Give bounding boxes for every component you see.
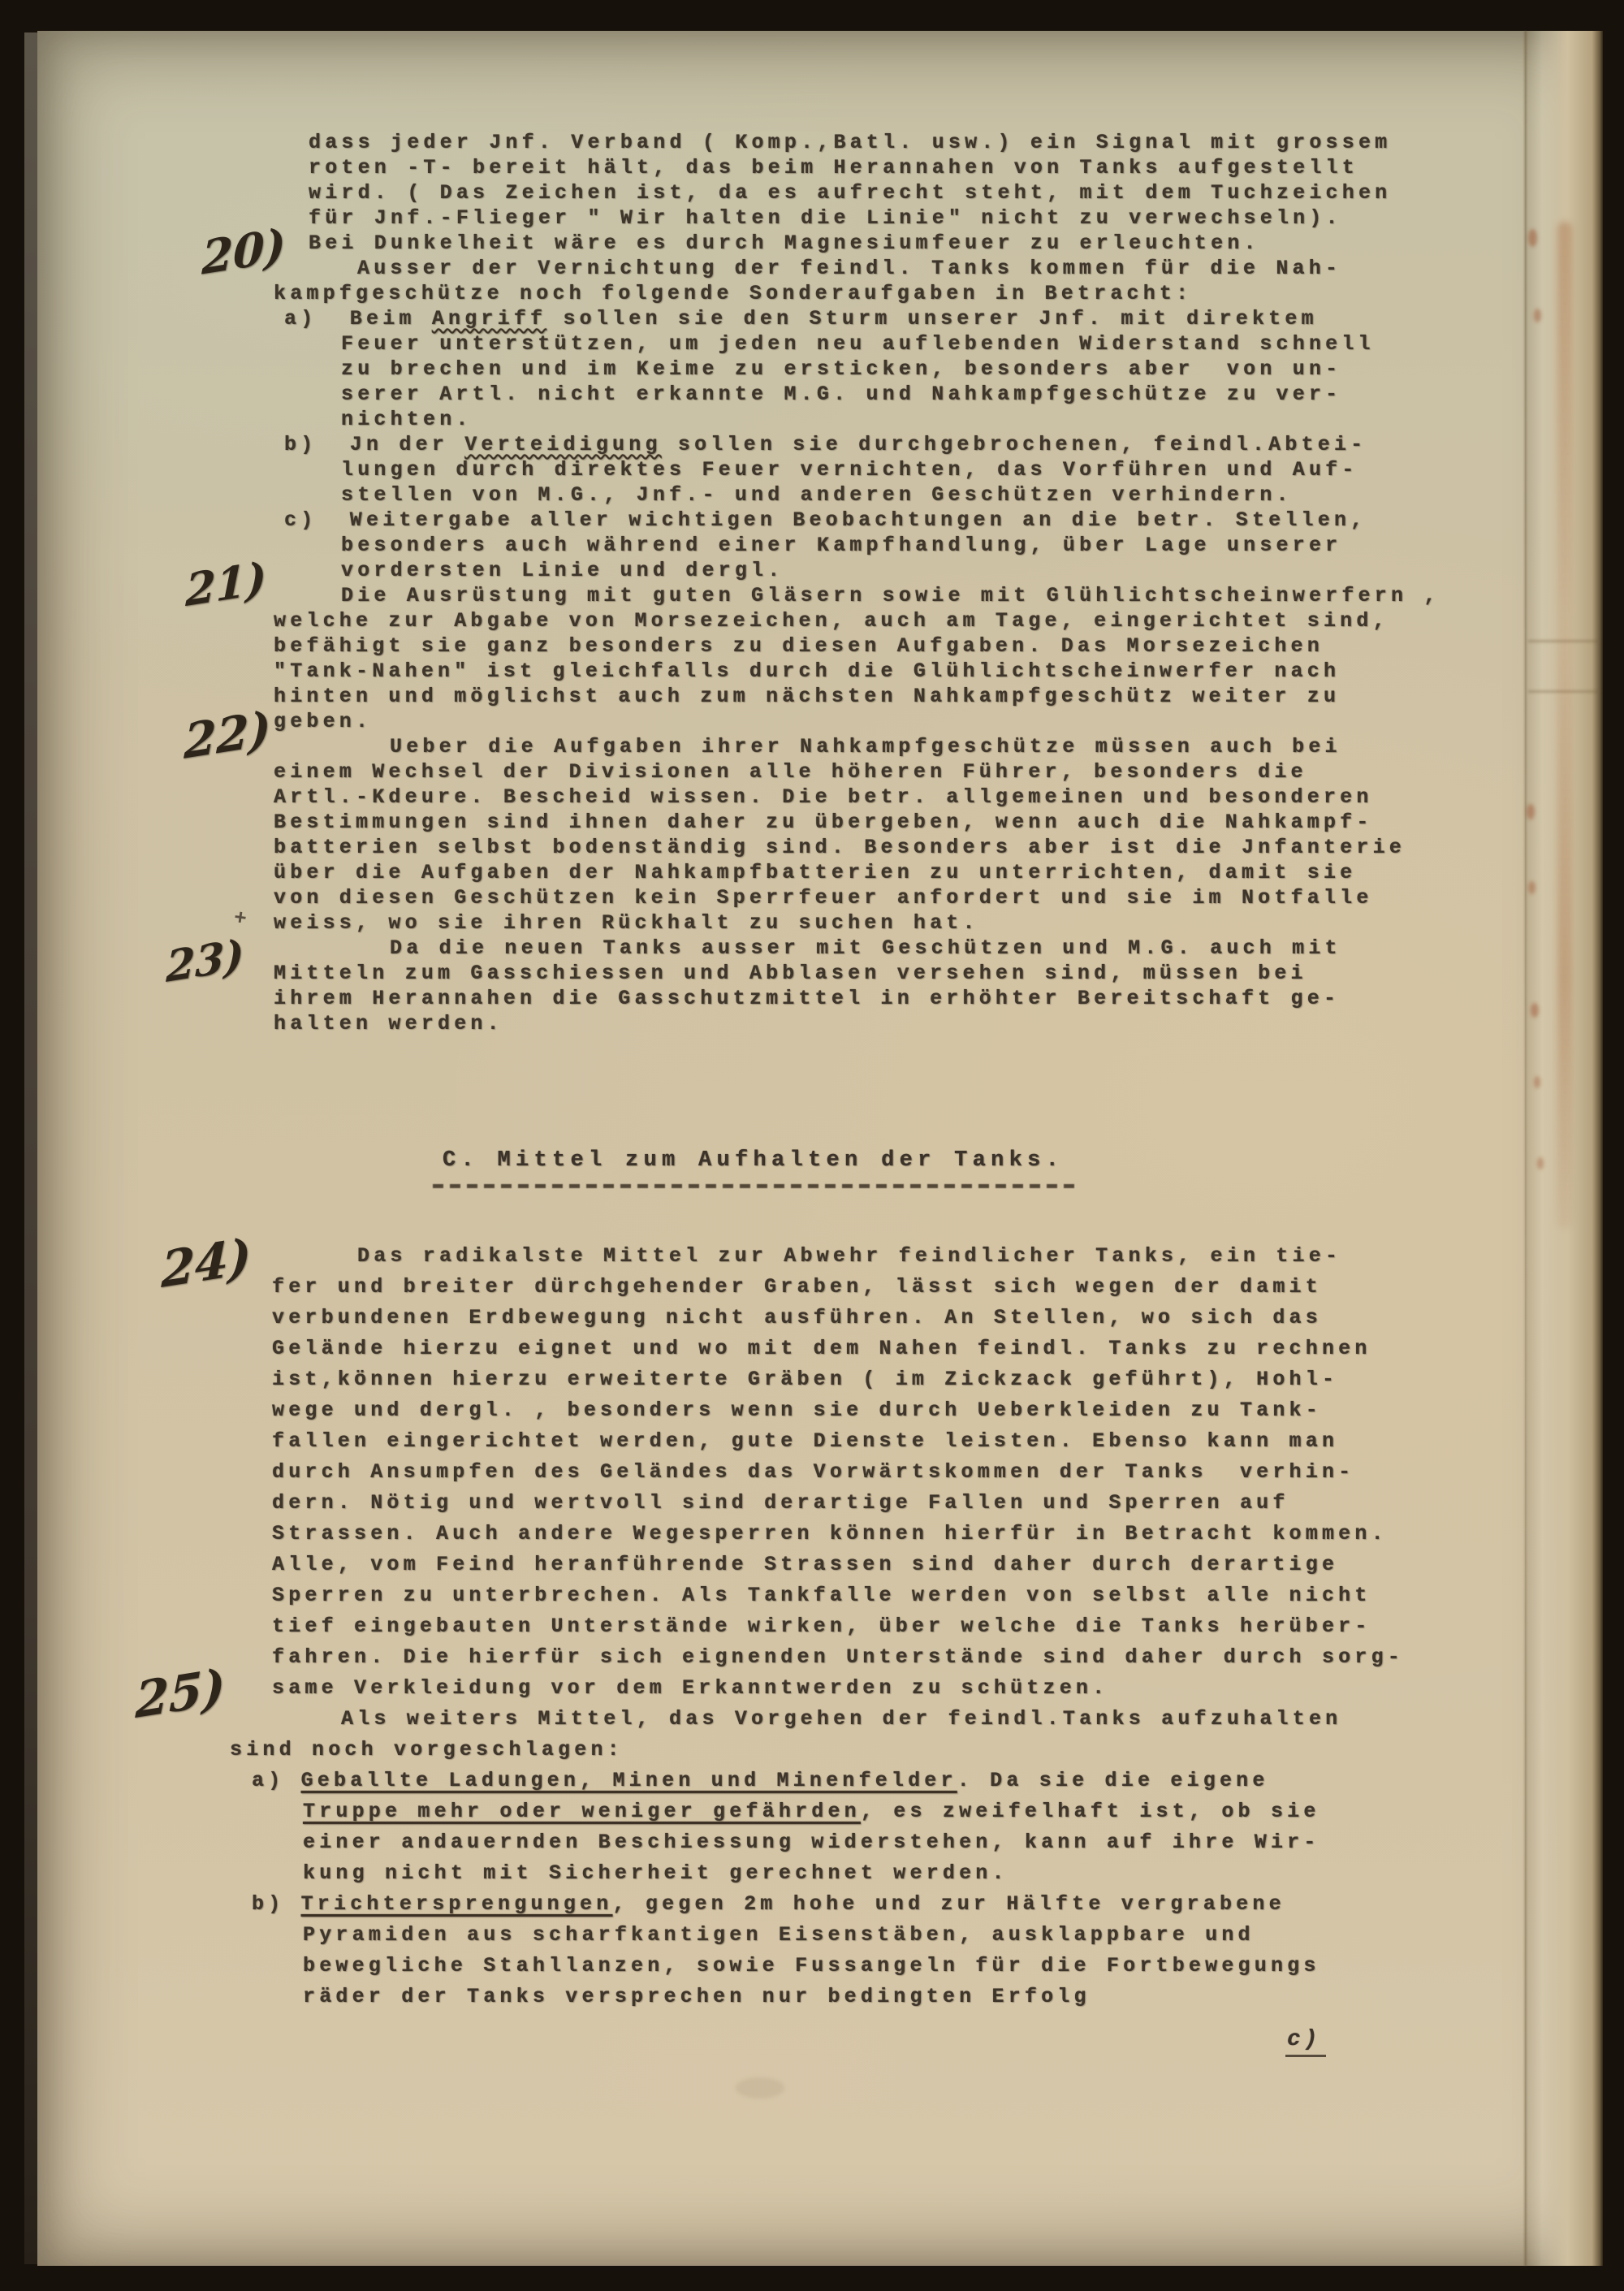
typed-line: verbundenen Erdbewegung nicht ausführen.… [230,1303,1404,1334]
underlined-phrase: Trichtersprengungen [301,1892,613,1916]
typed-segment: sollen sie durchgebrochenen, feindl.Abte… [662,433,1367,456]
margin-number: 25) [135,1662,226,1726]
typed-line: Feuer unterstützen, um jeden neu auflebe… [272,331,1440,357]
typed-line: Sperren zu unterbrechen. Als Tankfalle w… [230,1580,1404,1611]
section-heading: C. Mittel zum Aufhalten der Tanks. [443,1148,1064,1173]
typed-segment: b) Jn der [284,433,464,456]
typed-text-block-lower: Das radikalste Mittel zur Abwehr feindli… [230,1241,1404,2012]
typed-line: Alle, vom Feind heranführende Strassen s… [230,1550,1404,1580]
typed-line: Bei Dunkelheit wäre es durch Magnesiumfe… [272,231,1440,256]
typed-line: same Verkleidung vor dem Erkanntwerden z… [230,1673,1404,1704]
edge-stain [1557,222,1572,1229]
stain [1528,229,1537,247]
heading-underline [433,1184,1076,1188]
typed-line: Artl.-Kdeure. Bescheid wissen. Die betr.… [272,785,1440,810]
typed-line: welche zur Abgabe von Morsezeichen, auch… [272,608,1440,633]
typed-line: fer und breiter dürchgehender Graben, lä… [230,1272,1404,1303]
typed-text-block-upper: dass jeder Jnf. Verband ( Komp.,Batl. us… [272,130,1440,1036]
typed-line: "Tank-Nahen" ist gleichfalls durch die G… [272,659,1440,684]
margin-number: 24) [161,1232,252,1295]
margin-number: 23) [166,934,244,989]
typed-line: b) Jn der Verteidigung sollen sie durchg… [272,432,1440,457]
underlined-phrase: Truppe mehr oder weniger gefährden [303,1800,861,1823]
typed-line: tief eingebauten Unterstände wirken, übe… [230,1611,1404,1642]
typed-line: kung nicht mit Sicherheit gerechnet werd… [230,1858,1404,1889]
typed-line: Ausser der Vernichtung der feindl. Tanks… [272,256,1440,281]
typed-line: a) Geballte Ladungen, Minen und Minenfel… [230,1766,1404,1796]
margin-number: 22) [184,704,271,766]
stain [1534,309,1541,322]
typed-line: lungen durch direktes Feuer vernichten, … [272,457,1440,482]
underlined-phrase: Verteidigung [464,433,661,456]
stain [1527,804,1535,819]
typed-line: c) Weitergabe aller wichtigen Beobachtun… [272,508,1440,533]
typed-line: dass jeder Jnf. Verband ( Komp.,Batl. us… [272,130,1440,155]
typed-line: Die Ausrüstung mit guten Gläsern sowie m… [272,583,1440,608]
typed-line: vordersten Linie und dergl. [272,558,1440,583]
typed-line: Truppe mehr oder weniger gefährden, es z… [230,1796,1404,1827]
stain [1534,1076,1540,1088]
typed-line: fallen eingerichtet werden, gute Dienste… [230,1426,1404,1457]
typed-line: Strassen. Auch andere Wegesperren können… [230,1519,1404,1550]
typed-line: bewegliche Stahllanzen, sowie Fussangeln… [230,1951,1404,1982]
typed-line: fahren. Die hierfür sich eignenden Unter… [230,1642,1404,1673]
typed-line: von diesen Geschützen kein Sperrfeuer an… [272,885,1440,910]
typed-segment: a) Beim [284,307,432,331]
typed-line: einer andauernden Beschiessung widersteh… [230,1827,1404,1858]
typed-line: Da die neuen Tanks ausser mit Geschützen… [272,936,1440,961]
typed-line: räder der Tanks versprechen nur bedingte… [230,1982,1404,2012]
typed-line: über die Aufgaben der Nahkampfbatterien … [272,860,1440,885]
typed-line: batterien selbst bodenständig sind. Beso… [272,835,1440,860]
typed-segment: a) [252,1769,301,1792]
typed-line: Gelände hierzu eignet und wo mit dem Nah… [230,1334,1404,1364]
typed-segment: b) [252,1892,301,1916]
typed-line: durch Ansumpfen des Geländes das Vorwärt… [230,1457,1404,1488]
typed-line: besonders auch während einer Kampfhandlu… [272,533,1440,558]
typed-line: hinten und möglichst auch zum nächsten N… [272,684,1440,709]
stain [1537,1157,1544,1169]
stain [1531,1003,1539,1018]
typed-segment: , es zweifelhaft ist, ob sie [861,1800,1320,1823]
typed-line: ist,können hierzu erweiterte Gräben ( im… [230,1364,1404,1395]
typed-line: roten -T- bereit hält, das beim Herannah… [272,155,1440,180]
typed-line: Als weiters Mittel, das Vorgehen der fei… [230,1704,1404,1735]
typed-line: weiss, wo sie ihren Rückhalt zu suchen h… [272,910,1440,936]
typed-line: Pyramiden aus scharfkantigen Eisenstäben… [230,1920,1404,1951]
stain [736,2077,784,2099]
typed-line: dern. Nötig und wertvoll sind derartige … [230,1488,1404,1519]
typed-segment: , gegen 2m hohe und zur Hälfte vergraben… [612,1892,1285,1916]
typed-segment: sollen sie den Sturm unserer Jnf. mit di… [546,307,1318,331]
typed-segment: . Da sie die eigene [957,1769,1269,1792]
typed-line: nichten. [272,407,1440,432]
typed-line: b) Trichtersprengungen, gegen 2m hohe un… [230,1889,1404,1920]
underlined-phrase: Angriff [432,307,546,331]
typed-line: sind noch vorgeschlagen: [230,1735,1404,1766]
typed-line: halten werden. [272,1011,1440,1036]
page-edge-crease [1524,31,1527,2266]
typed-line: geben. [272,709,1440,734]
typed-line: zu brechen und im Keime zu ersticken, be… [272,357,1440,382]
margin-number: 20) [201,222,286,281]
photo-backdrop: dass jeder Jnf. Verband ( Komp.,Batl. us… [0,0,1624,2291]
margin-number: 21) [185,555,266,613]
catchword: c) [1285,2027,1326,2057]
typed-line: wege und dergl. , besonders wenn sie dur… [230,1395,1404,1426]
typed-line: kampfgeschütze noch folgende Sonderaufga… [272,281,1440,306]
typed-line: wird. ( Das Zeichen ist, da es aufrecht … [272,180,1440,205]
typed-line: befähigt sie ganz besonders zu diesen Au… [272,633,1440,659]
typed-line: Das radikalste Mittel zur Abwehr feindli… [230,1241,1404,1272]
typed-line: einem Wechsel der Divisionen alle höhere… [272,759,1440,785]
typed-line: Mitteln zum Gasschiessen und Abblasen ve… [272,961,1440,986]
typed-line: Bestimmungen sind ihnen daher zu übergeb… [272,810,1440,835]
underlined-phrase: Geballte Ladungen, Minen und Minenfelder [301,1769,957,1792]
stain [1528,881,1535,894]
typed-line: serer Artl. nicht erkannte M.G. und Nahk… [272,382,1440,407]
typed-line: a) Beim Angriff sollen sie den Sturm uns… [272,306,1440,331]
typed-line: stellen von M.G., Jnf.- und anderen Gesc… [272,482,1440,508]
typed-line: ihrem Herannahen die Gasschutzmittel in … [272,986,1440,1011]
typed-line: für Jnf.-Flieger " Wir halten die Linie"… [272,205,1440,231]
typed-line: Ueber die Aufgaben ihrer Nahkampfgeschüt… [272,734,1440,759]
